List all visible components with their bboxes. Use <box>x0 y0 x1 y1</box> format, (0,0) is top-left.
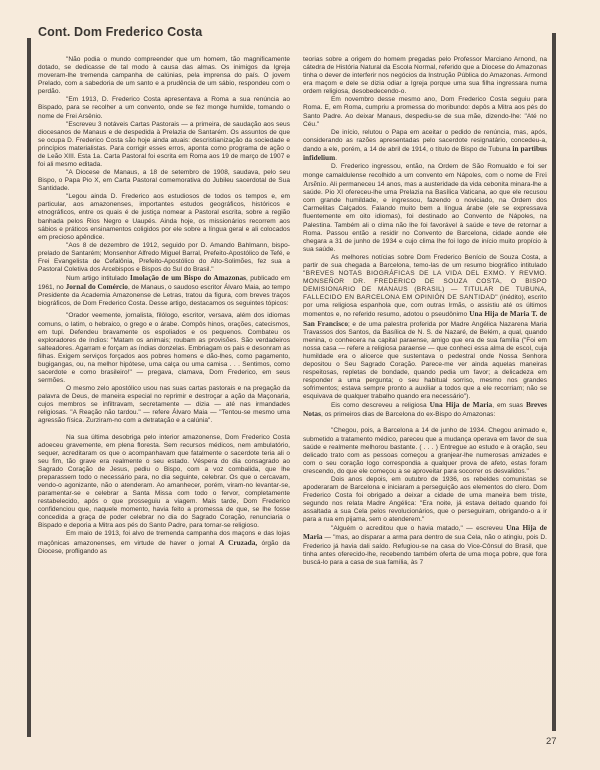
paragraph: "Escreveu 3 notáveis Cartas Pastorais — … <box>38 121 290 169</box>
article-title: Cont. Dom Frederico Costa <box>38 25 202 39</box>
left-text-column: "Não podia o mundo compreender que um ho… <box>38 56 290 556</box>
pseudonym: Una Hija de Maria <box>430 400 493 409</box>
text-run: . Ali permaneceu 14 anos, mas a austerid… <box>303 181 547 253</box>
paragraph: "Alguém o acreditou que o havia matado,"… <box>303 524 547 566</box>
paragraph: Em novembro desse mesmo ano, Dom Frederi… <box>303 96 547 128</box>
paragraph: "Legou ainda D. Frederico aos estudiosos… <box>38 193 290 241</box>
paragraph: teorias sobre a origem do homem pregadas… <box>303 56 547 96</box>
text-run: , os primeiros dias de Barcelona do ex-B… <box>321 411 495 418</box>
text-run: ; e de uma palestra proferida por Madre … <box>303 321 547 401</box>
text-run: , em suas <box>492 402 526 409</box>
newspaper-name: Jornal do Comércio <box>66 282 128 291</box>
magazine-page: Cont. Dom Frederico Costa "Não podia o m… <box>0 0 600 770</box>
text-run: . <box>335 155 337 162</box>
text-run: Num artigo intitulado <box>66 275 130 282</box>
text-run: D. Frederico ingressou, então, na Ordem … <box>303 163 547 179</box>
paragraph: "A Diocese de Manaus, a 18 de setembro d… <box>38 169 290 193</box>
text-run: — "mas, ao disparar a arma para dentro d… <box>303 534 547 565</box>
left-rule-bar <box>27 38 31 737</box>
paragraph: Na sua última desobriga pelo interior am… <box>38 434 290 531</box>
paragraph: "Chegou, pois, a Barcelona a 14 de junho… <box>303 427 547 475</box>
right-rule-bar <box>552 33 556 731</box>
paragraph: Dois anos depois, em outubro de 1936, os… <box>303 476 547 524</box>
right-text-column: teorias sobre a origem do homem pregadas… <box>303 56 547 567</box>
paragraph: "Em 1913, D. Frederico Costa apresentava… <box>38 96 290 120</box>
paragraph: De início, relutou o Papa em aceitar o p… <box>303 129 547 163</box>
article-citation: Imolação de um Bispo do Amazonas <box>130 273 246 282</box>
paragraph: Em maio de 1913, foi alvo de tremenda ca… <box>38 530 290 555</box>
text-run: De início, relutou o Papa em aceitar o p… <box>303 129 547 153</box>
paragraph: Eis como descreveu a religiosa Una Hija … <box>303 401 547 419</box>
paragraph: "Aos 8 de dezembro de 1912, seguido por … <box>38 242 290 274</box>
paragraph: "Não podia o mundo compreender que um ho… <box>38 56 290 96</box>
paragraph: Num artigo intitulado Imolação de um Bis… <box>38 274 290 308</box>
page-number: 27 <box>546 736 557 747</box>
text-run: Eis como descreveu a religiosa <box>331 402 430 409</box>
newspaper-name: A Cruzada, <box>219 538 257 547</box>
paragraph: "Orador veemente, jornalista, filólogo, … <box>38 312 290 385</box>
text-run: As melhores notícias sobre Dom Frederico… <box>303 254 547 269</box>
text-run: "Alguém o acreditou que o havia matado,"… <box>331 525 506 532</box>
paragraph: D. Frederico ingressou, então, na Ordem … <box>303 163 547 254</box>
paragraph: O mesmo zelo apostólico usou nas suas ca… <box>38 385 290 425</box>
paragraph: As melhores notícias sobre Dom Frederico… <box>303 254 547 401</box>
